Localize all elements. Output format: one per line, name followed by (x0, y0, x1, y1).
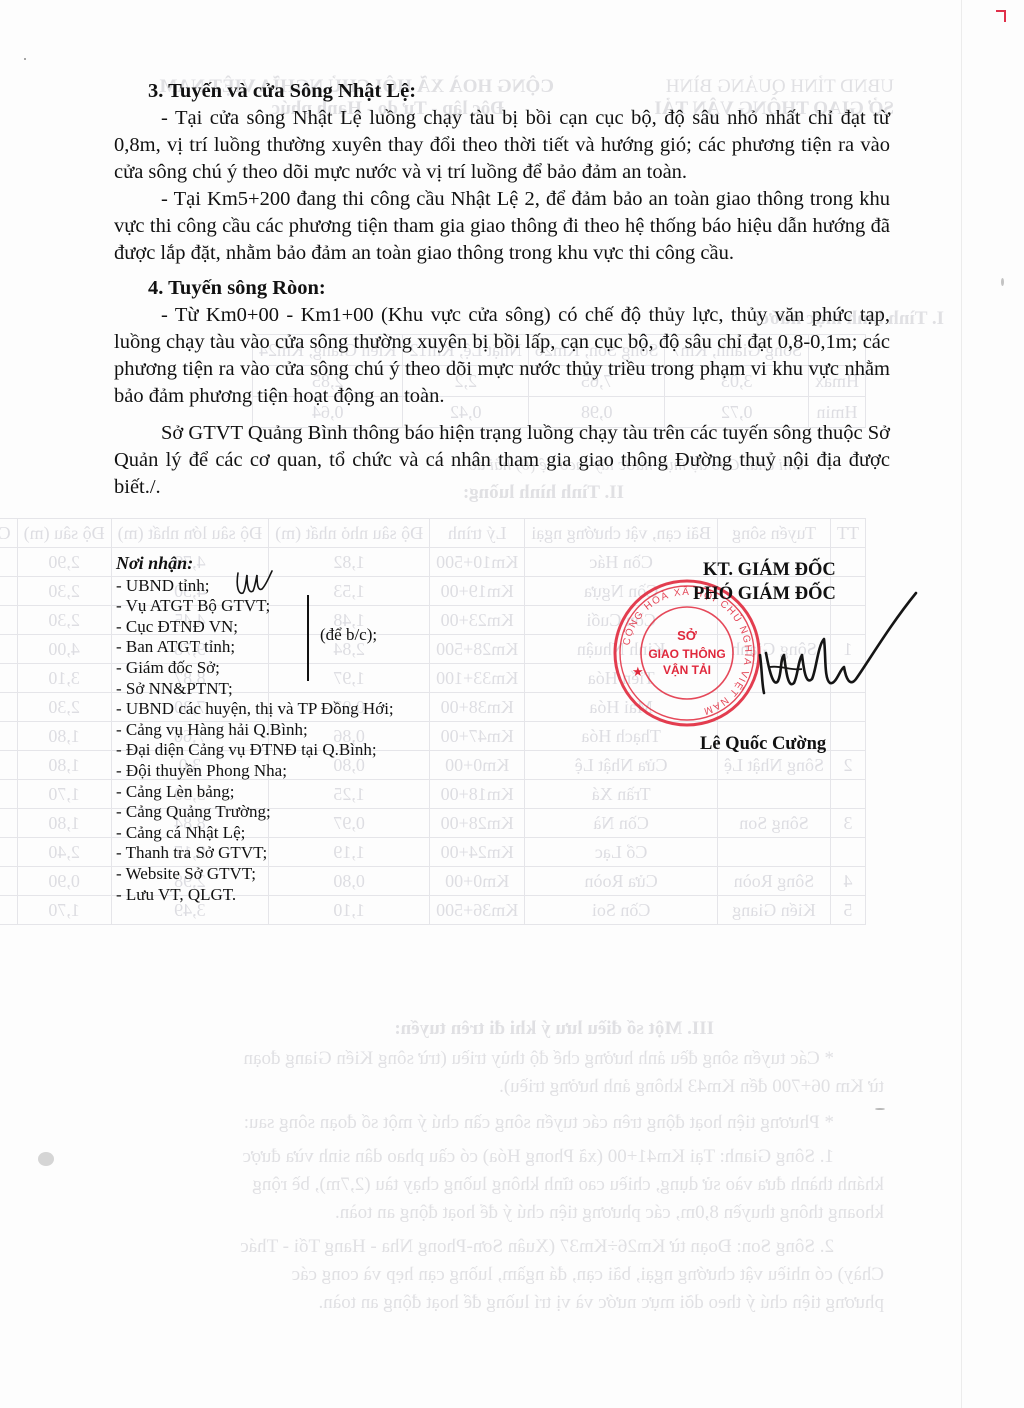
ghost-table-cell (718, 780, 831, 809)
ghost-table-cell: 10 (0, 809, 17, 838)
bracket-divider (307, 595, 309, 681)
ghost-table-cell: 30 (0, 577, 17, 606)
spacer (114, 410, 890, 420)
ghost-table-cell: 15 (0, 693, 17, 722)
recipient-item: - Đội thuyền Phong Nha; (116, 761, 536, 782)
ghost-table-cell: Cồn Soi (525, 896, 718, 925)
ghost-table-cell: 1,70 (17, 780, 111, 809)
report-note: (để b/c); (320, 625, 377, 646)
page-edge-shadow (961, 0, 962, 1408)
ghost-table-cell (831, 780, 866, 809)
signer-name: Lê Quốc Cường (700, 732, 826, 756)
ghost-table-cell: 20 (0, 780, 17, 809)
ghost-table-cell: 1,70 (17, 896, 111, 925)
recipient-item: - Website Sở GTVT; (116, 864, 536, 885)
recipient-item: - Thanh tra Sở GTVT; (116, 843, 536, 864)
initial-signature-icon (234, 567, 274, 599)
ghost-table-cell (718, 838, 831, 867)
recipient-item: - Cảng cá Nhật Lệ; (116, 823, 536, 844)
recipient-item: - UBND các huyện, thị và TP Đồng Hới; (116, 699, 536, 720)
ghost-table-row: TTTuyến sôngBãi cạn, vật chướng ngạiLý t… (0, 519, 866, 548)
section3-paragraph-1: - Tại cửa sông Nhật Lệ luồng chạy tàu bị… (114, 105, 890, 186)
ghost-line: khoang thông thuyền 8,0m, các phương tiệ… (335, 1202, 884, 1224)
ghost-table-cell: 1,80 (17, 722, 111, 751)
ghost-section3: III. Một số điều lưu ý khi đi trên tuyến… (394, 1018, 714, 1040)
section3-paragraph-2: - Tại Km5+200 đang thi công cầu Nhật Lệ … (114, 186, 890, 267)
ghost-line: phương tiện chú ý theo dõi mực nước và v… (319, 1292, 884, 1314)
ghost-table-cell: TT (831, 519, 866, 548)
ghost-table-cell: Sông Roòn (718, 867, 831, 896)
recipient-item: - Đại diện Cảng vụ ĐTNĐ tại Q.Bình; (116, 740, 536, 761)
ghost-table-cell: Cồn Nà (525, 809, 718, 838)
ghost-table-cell: 2,30 (17, 606, 111, 635)
ghost-table-cell: Độ sâu (m) (17, 519, 111, 548)
ghost-line: 1. Sông Gianh: Tại Km41+00 (xã Phong Hóa… (243, 1146, 834, 1168)
ghost-table-cell: 2,30 (17, 693, 111, 722)
scan-speck (38, 1152, 54, 1166)
ghost-table-cell: Cổ Lạc (525, 838, 718, 867)
ghost-table-cell: 30 (0, 548, 17, 577)
ghost-table-cell: Kiến Giang (718, 896, 831, 925)
ghost-table-cell: Độ sâu nhỏ nhất (m) (269, 519, 430, 548)
section4-paragraph-1: - Từ Km0+00 - Km1+00 (Khu vực cửa sông) … (114, 302, 890, 410)
recipients-block: Nơi nhận: - UBND tỉnh;- Vụ ATGT Bộ GTVT;… (116, 553, 536, 905)
scanned-page: UBND TỈNH QUẢNG BÌNH SỞ GIAO THÔNG VẬN T… (0, 0, 1024, 1408)
ghost-table-cell: Cửa Roòn (525, 867, 718, 896)
ghost-line: khánh thành đưa vào sử dụng, chiều cao t… (252, 1174, 884, 1196)
recipient-item: - Vụ ATGT Bộ GTVT; (116, 596, 536, 617)
ghost-table-cell: Trần Xá (525, 780, 718, 809)
ghost-table-cell: 15 (0, 838, 17, 867)
ghost-table-cell: 20 (0, 664, 17, 693)
ghost-table-cell: 2,90 (17, 548, 111, 577)
ghost-table-cell: 35 (0, 635, 17, 664)
ghost-table-cell: 15 (0, 722, 17, 751)
ghost-table-cell: 30 (0, 606, 17, 635)
recipient-item: - UBND tỉnh; (116, 576, 536, 597)
ghost-table-cell: 8 (0, 867, 17, 896)
closing-paragraph: Sở GTVT Quảng Bình thông báo hiện trạng … (114, 420, 890, 501)
ghost-table-cell: 1,80 (17, 751, 111, 780)
ghost-table-cell: 1,80 (17, 809, 111, 838)
ghost-table-cell: Cửa Nhật Lệ (525, 751, 718, 780)
recipient-item: - Lưu VT, QLGT. (116, 885, 536, 906)
ghost-table-cell: 2,40 (17, 838, 111, 867)
recipient-item: - Cảng Quảng Trường; (116, 802, 536, 823)
svg-text:★: ★ (632, 665, 644, 680)
scan-speck (1001, 278, 1004, 286)
ghost-table-cell: 2 (831, 751, 866, 780)
ghost-line: từ Km 06+700 đến Km43 không ảnh hưởng tr… (499, 1076, 884, 1098)
ghost-line: * Các tuyến sông đều ảnh hưởng chế độ th… (244, 1048, 835, 1070)
ghost-table-cell (831, 722, 866, 751)
svg-text:VẬN TẢI: VẬN TẢI (663, 662, 711, 677)
ghost-table-cell: 2,30 (17, 577, 111, 606)
ghost-table-cell: 4,00 (17, 635, 111, 664)
ghost-table-cell: Sông Son (718, 809, 831, 838)
recipient-item: - Cảng vụ Hàng hải Q.Bình; (116, 720, 536, 741)
ghost-line: * Phương tiện hoạt động trên các tuyến s… (244, 1112, 834, 1134)
ghost-table-cell (831, 838, 866, 867)
ghost-table-cell: 4 (831, 867, 866, 896)
corner-mark-icon (996, 10, 1006, 22)
handwritten-signature-icon (740, 575, 920, 705)
recipients-title: Nơi nhận: (116, 553, 536, 574)
recipient-item: - Giám đốc Sở; (116, 658, 536, 679)
svg-text:GIAO THÔNG: GIAO THÔNG (648, 646, 725, 661)
spacer (114, 267, 890, 275)
section3-heading: 3. Tuyến và cửa Sông Nhật Lệ: (148, 78, 890, 105)
ghost-table-cell: 5 (831, 896, 866, 925)
section4-heading: 4. Tuyến sông Ròon: (148, 275, 890, 302)
recipient-item: - Sở NN&PTNT; (116, 679, 536, 700)
ghost-table-cell: 3 (831, 809, 866, 838)
ghost-table-cell: Độ sâu lớn nhất (m) (111, 519, 269, 548)
ghost-table-cell: Bãi cạn, vật chướng ngại (525, 519, 718, 548)
svg-text:SỞ: SỞ (677, 628, 698, 643)
ghost-table-cell: 20 (0, 751, 17, 780)
ghost-line: Chày) có nhiều vật chướng ngại, bãi cạn,… (292, 1264, 884, 1286)
scan-speck (24, 58, 26, 60)
scan-speck (875, 1108, 885, 1110)
recipient-item: - Cảng Lèn bảng; (116, 782, 536, 803)
ghost-table-cell: 10 (0, 896, 17, 925)
ghost-table-cell: Tuyến sông (718, 519, 831, 548)
ghost-table-cell: Lý trình (430, 519, 525, 548)
ghost-table-cell: 3,10 (17, 664, 111, 693)
document-body: 3. Tuyến và cửa Sông Nhật Lệ: - Tại cửa … (114, 78, 890, 501)
ghost-line: 2. Sông Son: Đoạn từ Km26÷Km37 (Xuân Sơn… (240, 1236, 834, 1258)
ghost-table-cell: Chiều rộng luồng (m) (0, 519, 17, 548)
ghost-table-cell: 0,90 (17, 867, 111, 896)
